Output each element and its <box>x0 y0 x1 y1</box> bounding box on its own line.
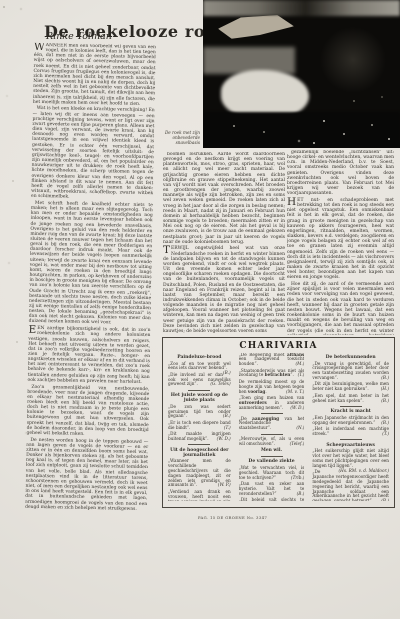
charivaria-quote: „Wat te verwachten viel, is geschied. Wa… <box>239 466 305 480</box>
quote-source: (M. v. T.) <box>286 390 304 395</box>
quote-source: (B.) <box>381 376 389 381</box>
photo-caption: De roek met zijn onbevederde snavelbasis <box>154 130 200 145</box>
quote-source: (B.) <box>381 499 389 500</box>
charivaria-quote: „Dit maakte ingrijpen buitenaf mogelijk”… <box>168 432 231 442</box>
charivaria-quote: „De Regeering moet althans een raadgeven… <box>239 353 305 367</box>
quote-source: (B.) <box>381 399 389 404</box>
charivaria-heading: De beterkunnenden <box>312 355 389 360</box>
paragraph: Wat is het een kloeke en krachtige versc… <box>31 106 155 201</box>
charivaria-quote: „Het is inderdaad een machtige streek.” … <box>312 427 389 437</box>
charivaria-quote: „Zoo af en toe wordt wel eens iets daaro… <box>168 362 231 372</box>
quote-source: (Telef.) <box>290 442 305 447</box>
drop-cap: H <box>287 198 297 207</box>
magazine-page: De roekelooze roek Rinke Tolman De roek … <box>0 0 400 619</box>
charivaria-heading: Uit de hoogeschool der journalistiek <box>168 448 231 458</box>
charivaria-quote: „De vraag is gerechtigd, of de crisisgro… <box>312 362 389 381</box>
charivaria-quote: „De zon was sedert geruimen tijd ten ond… <box>168 405 231 419</box>
paragraph: EEN aardige bijkomstigheid is ook, dat i… <box>27 326 150 385</box>
quote-source: (M.) <box>295 362 304 367</box>
paragraph: HET nut- en schadeprobleem met betrekkin… <box>287 198 394 281</box>
quote-source: (B.) <box>223 414 231 419</box>
charivaria-column-2: „De Regeering moet althans een raadgeven… <box>239 353 305 501</box>
divider-rule <box>340 406 362 407</box>
scan-speckles <box>0 0 2 2</box>
charivaria-quote: „De Japansche vertegenwoordiger heeft me… <box>312 470 389 500</box>
charivaria-heading: Scheepvaartnieuws <box>312 443 389 448</box>
charivaria-quote: „Dit zijn bezuinigingen, welke men beter… <box>312 382 389 392</box>
charivaria-quote: „Verdiend aan drank en vrouwen, heeft no… <box>168 490 231 500</box>
charivaria-bold-line: Men wil. <box>239 448 305 453</box>
quote-source: (Hs. RM. v. d. Maldoor.) <box>339 469 389 474</box>
quote-source: (Trib.) <box>291 476 304 481</box>
charivaria-quote: „Dit beleid valt slechts te beschouwen a… <box>239 498 305 500</box>
quote-source: (H.) <box>381 387 389 392</box>
charivaria-heading: Het juiste woord op de juiste plaats <box>168 393 231 403</box>
charivaria-title: CHARIVARIA <box>163 341 394 351</box>
charivaria-heading: Paindeluxe-brood <box>168 355 231 360</box>
photo-speckles <box>203 0 205 2</box>
charivaria-quote: „Het suikerschip glijdt niet altijd vlot… <box>312 449 389 468</box>
charivaria-quote: „Wanneer men de verschillende geschiedsc… <box>168 459 231 488</box>
charivaria-column-1: Paindeluxe-brood„Zoo af en toe wordt wel… <box>168 353 231 501</box>
divider-rule <box>261 434 283 435</box>
photo-sky-band <box>203 0 400 16</box>
charivaria-box: CHARIVARIA Paindeluxe-brood„Zoo af en to… <box>162 337 395 508</box>
charivaria-quote: „Staatsonderwijs was niet als zoodanig t… <box>239 369 305 379</box>
charivaria-columns: Paindeluxe-brood„Zoo af en toe wordt wel… <box>163 353 394 501</box>
divider-rule <box>340 439 362 440</box>
paragraph: De nesten worden hoog in de toppen gebou… <box>25 437 148 511</box>
charivaria-quote: „Toen ging men huizen van ontvoerders in… <box>239 396 305 410</box>
quote-source: (T.) <box>224 426 231 431</box>
quote-source: (T.) <box>382 432 389 437</box>
quote-source: (W. D.) <box>290 406 304 411</box>
paragraph: Zoo’n gezamenlijkheid van nestbouwende, … <box>26 384 149 438</box>
article-column-left: WANNEER men een voorbeeld wil geven van … <box>25 43 156 511</box>
charivaria-heading: De vallende ziekte <box>239 459 305 464</box>
article-column-middle: boomen losrukken. Aarde wordt daardoorhe… <box>163 152 285 334</box>
rook-beak <box>218 15 294 40</box>
charivaria-quote: „Een spel, dat men beter in het geheel n… <box>312 394 389 404</box>
charivaria-quote: „Een Japansche strijdmacht in den opgang… <box>312 416 389 426</box>
byline: Rinke Tolman <box>46 31 112 42</box>
drop-cap: W <box>34 43 46 52</box>
charivaria-quote: „Die invloed zal er dan ook wel eens nau… <box>168 373 231 387</box>
page-footer: PAG. 15 DE GROENE No. 3347 <box>198 515 267 520</box>
article-column-right: gezamenlijk boeiende „luchtdansen” uit: … <box>287 150 394 335</box>
photo-lower-shadow <box>203 112 400 148</box>
quote-source: (W. D.) <box>217 437 231 442</box>
paragraph: TERWIJL ongetwijfeld heel wat van onze N… <box>163 246 285 334</box>
drop-cap: T <box>163 246 171 255</box>
quote-source: (T.) <box>298 373 305 378</box>
paragraph: Met schrift heeft de kaalheid echter nie… <box>29 201 153 327</box>
charivaria-quote: „Dan vast en zeker aan hysterie. Valt he… <box>239 482 305 496</box>
quote-source: (N.) <box>296 426 304 431</box>
charivaria-column-3: De beterkunnenden„De vraag is gerechtigd… <box>312 353 389 501</box>
drop-cap: E <box>28 326 37 335</box>
quote-source: (G. Telex) <box>210 382 230 387</box>
paragraph: WANNEER men een voorbeeld wil geven van … <box>33 43 156 107</box>
quote-source: (B.) <box>381 421 389 426</box>
divider-rule <box>261 456 283 457</box>
charivaria-quote: De vermelding moest op de hoogte zijn va… <box>239 380 305 394</box>
divider-rule <box>188 390 210 391</box>
charivaria-quote: „Mevrouwtje, of, als u even wil omschuiv… <box>239 437 305 447</box>
paragraph: Hoe dit zij, de aard of de vermeende aar… <box>287 282 394 335</box>
rook-body-shadow <box>313 25 393 95</box>
paragraph: boomen losrukken. Aarde wordt daardoorhe… <box>163 152 285 245</box>
divider-rule <box>261 413 283 414</box>
paragraph: gezamenlijk boeiende „luchtdansen” uit: … <box>287 150 394 196</box>
divider-rule <box>188 444 210 445</box>
rook-photo <box>203 0 400 148</box>
quote-source: (B.) <box>297 492 305 497</box>
charivaria-quote: „Er is toch een diepere band die bindt”.… <box>168 421 231 431</box>
quote-source: (W. P.) <box>218 483 231 488</box>
charivaria-quote: „De aanzegging van het Nederlandsche sta… <box>239 417 305 431</box>
charivaria-heading: Kracht is macht <box>312 409 389 414</box>
quote-source: (B.) <box>223 371 231 376</box>
